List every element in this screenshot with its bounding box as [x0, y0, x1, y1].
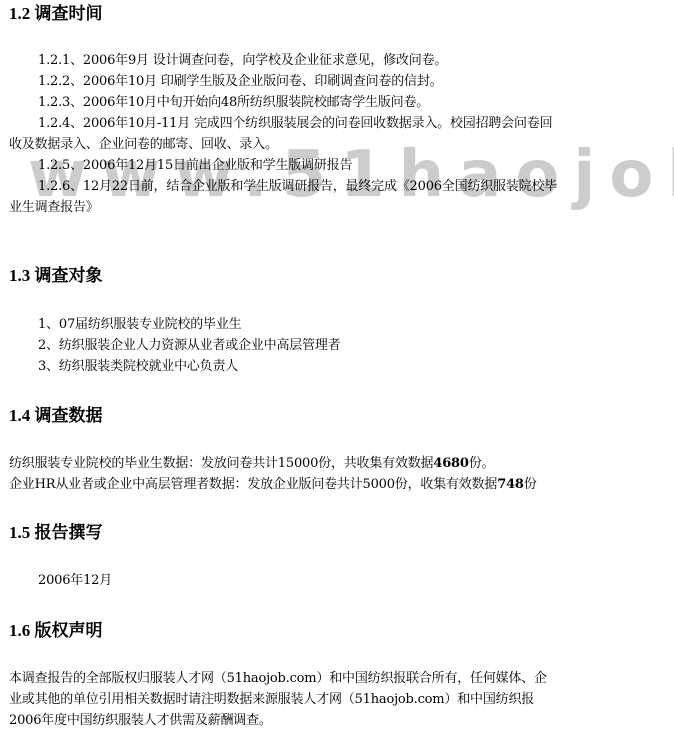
copyright-text: 业或其他的单位引用相关数据时请注明数据来源服装人才网（51haojob.com）… [9, 692, 534, 708]
copyright-text: 2006年度中国纺织服装人才供需及薪酬调查。 [9, 713, 272, 729]
section-heading-survey-time: 1.2 调查时间 [9, 4, 103, 24]
schedule-item-continued: 收及数据录入、企业问卷的邮寄、回收、录入。 [9, 137, 278, 153]
section-heading-survey-subjects: 1.3 调查对象 [9, 266, 103, 286]
data-line-graduates: 纺织服装专业院校的毕业生数据：发放问卷共计15000份，共收集有效数据4680份… [9, 456, 494, 472]
data-text: 纺织服装专业院校的毕业生数据：发放问卷共计15000份，共收集有效数据 [9, 456, 433, 471]
data-line-enterprise: 企业HR从业者或企业中高层管理者数据：发放企业版问卷共计5000份，收集有效数据… [9, 477, 537, 493]
schedule-item: 1.2.5、2006年12月15日前出企业版和学生版调研报告 [38, 158, 352, 174]
document-page: www.51haojob.com 1.2 调查时间 1.2.1、2006年9月 … [0, 0, 674, 738]
subject-item: 1、07届纺织服装专业院校的毕业生 [38, 317, 241, 333]
data-suffix: 份。 [469, 456, 495, 471]
valid-count: 748 [497, 477, 524, 492]
section-heading-report-writing: 1.5 报告撰写 [9, 523, 103, 543]
schedule-item-continued: 业生调查报告》 [9, 200, 99, 216]
schedule-item: 1.2.2、2006年10月 印刷学生版及企业版问卷、印刷调查问卷的信封。 [38, 74, 442, 90]
schedule-item: 1.2.6、12月22日前，结合企业版和学生版调研报告，最终完成《2006全国纺… [38, 179, 557, 195]
data-text: 企业HR从业者或企业中高层管理者数据：发放企业版问卷共计5000份，收集有效数据 [9, 477, 497, 492]
subject-item: 2、纺织服装企业人力资源从业者或企业中高层管理者 [38, 338, 340, 354]
subject-item: 3、纺织服装类院校就业中心负责人 [38, 359, 238, 375]
schedule-item: 1.2.1、2006年9月 设计调查问卷，向学校及企业征求意见，修改问卷。 [38, 53, 447, 69]
section-heading-copyright: 1.6 版权声明 [9, 621, 103, 641]
section-heading-survey-data: 1.4 调查数据 [9, 406, 103, 426]
data-suffix: 份 [524, 477, 537, 492]
copyright-text: 本调查报告的全部版权归服装人才网（51haojob.com）和中国纺织报联合所有… [9, 671, 547, 687]
valid-count: 4680 [433, 456, 468, 471]
schedule-item: 1.2.4、2006年10月-11月 完成四个纺织服装展会的问卷回收数据录入。校… [38, 116, 552, 132]
report-date: 2006年12月 [38, 573, 112, 589]
schedule-item: 1.2.3、2006年10月中旬开始向48所纺织服装院校邮寄学生版问卷。 [38, 95, 429, 111]
